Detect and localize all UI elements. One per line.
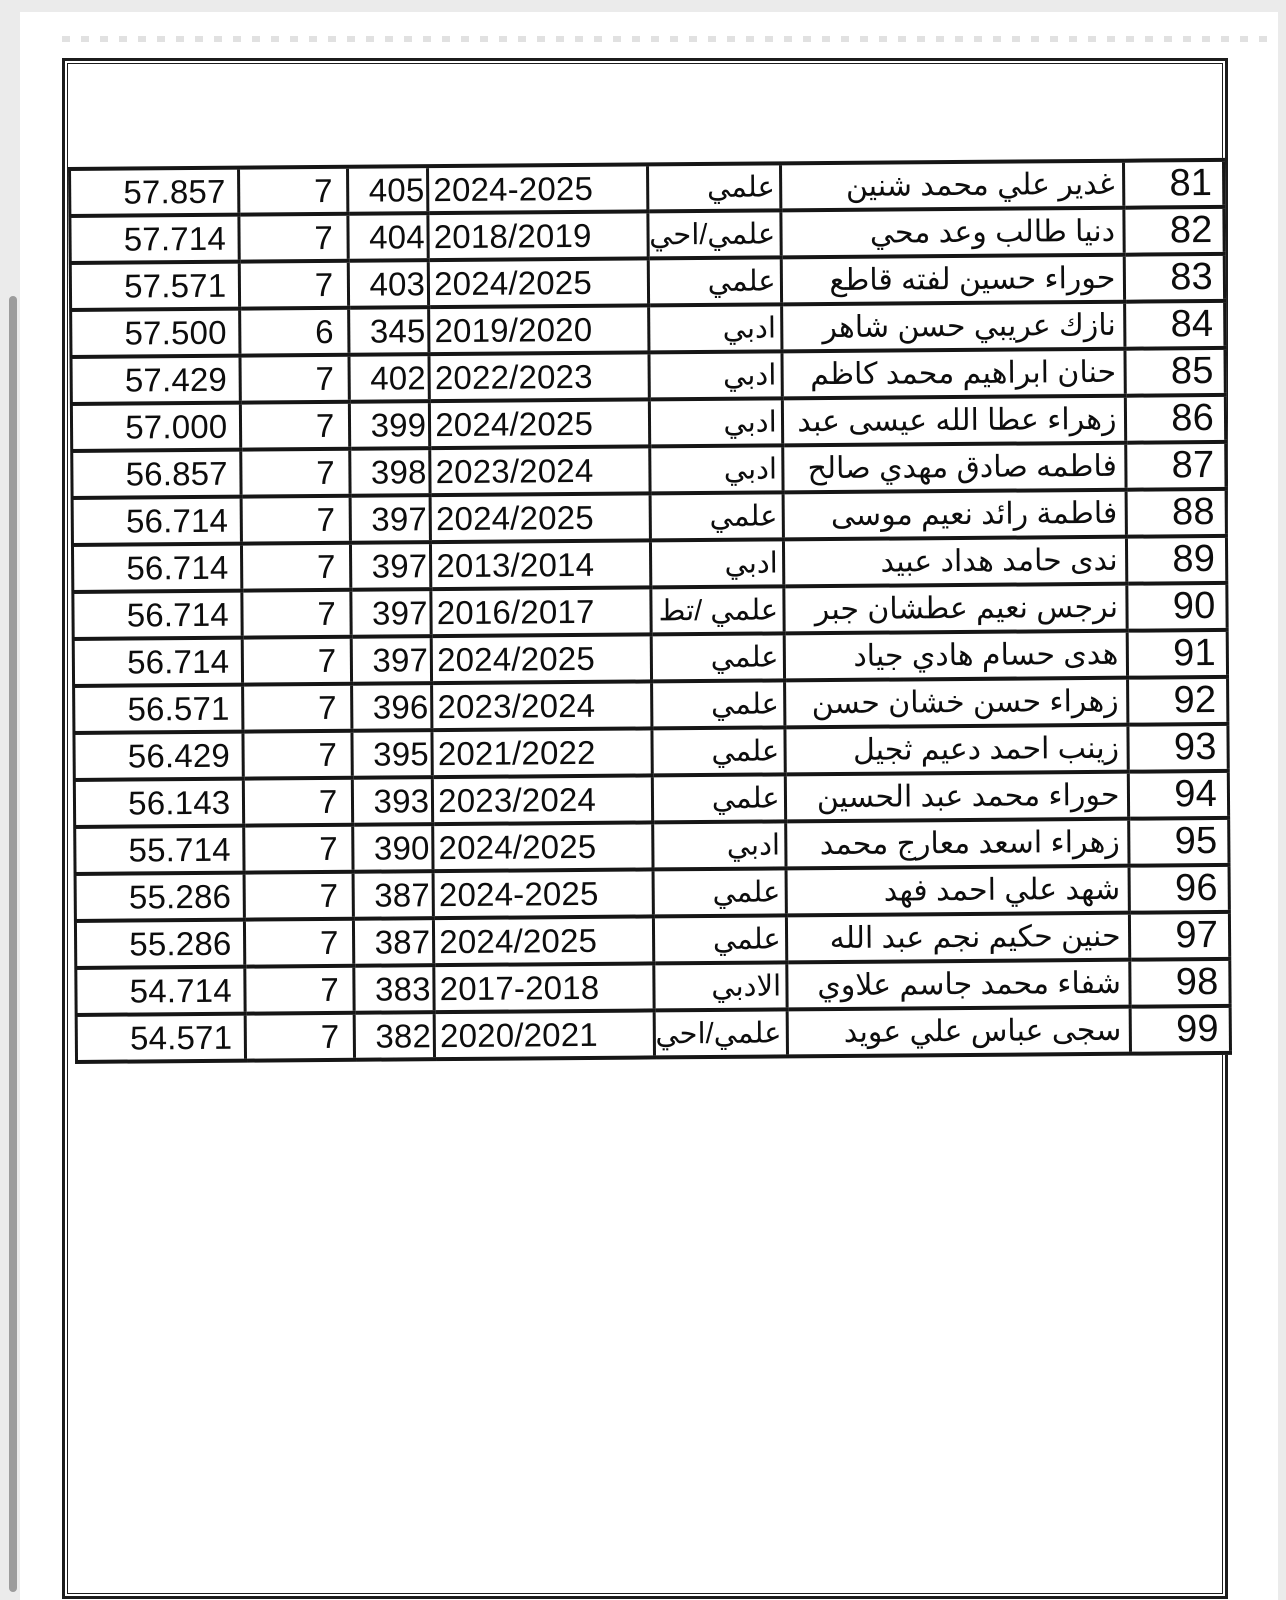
cell-subjects-count: 7 xyxy=(241,449,350,497)
page-border-frame: 57.857 7 405 2024-2025 علمي غدير علي محم… xyxy=(62,58,1228,1599)
cell-average: 54.714 xyxy=(76,967,246,1015)
cell-average: 57.500 xyxy=(71,309,241,357)
cell-academic-year: 2024-2025 xyxy=(428,164,648,213)
cell-student-name: حوراء حسين لفته قاطع xyxy=(781,255,1125,305)
cell-average: 56.857 xyxy=(72,450,242,498)
cell-average: 57.857 xyxy=(70,168,240,216)
cell-row-number: 95 xyxy=(1129,818,1229,866)
scrollbar-thumb[interactable] xyxy=(9,296,17,1592)
cell-study-track: ادبي xyxy=(648,304,781,352)
cell-student-name: فاطمة رائد نعيم موسى xyxy=(783,490,1127,540)
cell-total-score: 396 xyxy=(352,683,432,731)
results-table: 57.857 7 405 2024-2025 علمي غدير علي محم… xyxy=(68,158,1232,1064)
cell-row-number: 88 xyxy=(1127,489,1227,537)
cell-academic-year: 2020/2021 xyxy=(434,1010,654,1059)
cell-student-name: حنين حكيم نجم عبد الله xyxy=(786,913,1130,963)
cell-subjects-count: 7 xyxy=(243,637,352,685)
cell-average: 56.571 xyxy=(74,685,244,733)
cell-subjects-count: 6 xyxy=(240,308,349,356)
cell-academic-year: 2024/2025 xyxy=(430,399,650,448)
cell-subjects-count: 7 xyxy=(241,402,350,450)
cell-student-name: زهراء اسعد معارج محمد xyxy=(785,819,1129,869)
cell-study-track: علمي xyxy=(653,915,786,963)
cell-student-name: زهراء عطا الله عيسى عبد xyxy=(782,396,1126,446)
cell-total-score: 387 xyxy=(354,918,434,966)
cell-total-score: 382 xyxy=(355,1012,435,1060)
cell-row-number: 83 xyxy=(1125,254,1225,302)
cell-student-name: حوراء محمد عبد الحسين xyxy=(785,772,1129,822)
cell-subjects-count: 7 xyxy=(246,1013,355,1061)
scanned-page-view: 57.857 7 405 2024-2025 علمي غدير علي محم… xyxy=(0,0,1286,1600)
cell-subjects-count: 7 xyxy=(243,684,352,732)
cell-academic-year: 2024/2025 xyxy=(428,258,648,307)
cell-study-track: علمي xyxy=(648,257,781,305)
cell-subjects-count: 7 xyxy=(242,543,351,591)
cell-subjects-count: 7 xyxy=(245,919,354,967)
cell-academic-year: 2022/2023 xyxy=(429,352,649,401)
cell-subjects-count: 7 xyxy=(245,966,354,1014)
cell-academic-year: 2024/2025 xyxy=(430,493,650,542)
results-table-body: 57.857 7 405 2024-2025 علمي غدير علي محم… xyxy=(70,160,1231,1062)
cell-total-score: 387 xyxy=(354,871,434,919)
cell-row-number: 82 xyxy=(1124,207,1224,255)
cell-study-track: علمي xyxy=(650,492,783,540)
cell-academic-year: 2013/2014 xyxy=(431,540,651,589)
cell-average: 56.429 xyxy=(74,732,244,780)
cell-study-track: علمي/احي xyxy=(647,210,780,258)
cell-student-name: دنيا طالب وعد محي xyxy=(781,208,1125,258)
cell-total-score: 397 xyxy=(352,636,432,684)
cell-study-track: علمي xyxy=(651,633,784,681)
cell-academic-year: 2024-2025 xyxy=(433,869,653,918)
cell-row-number: 98 xyxy=(1130,959,1230,1007)
cell-academic-year: 2016/2017 xyxy=(431,587,651,636)
cell-row-number: 87 xyxy=(1126,442,1226,490)
cell-average: 57.429 xyxy=(71,356,241,404)
cell-student-name: غدير علي محمد شنين xyxy=(780,161,1124,211)
cell-academic-year: 2023/2024 xyxy=(430,446,650,495)
cell-average: 56.714 xyxy=(72,497,242,545)
cell-student-name: سجى عباس علي عويد xyxy=(787,1007,1131,1057)
cell-subjects-count: 7 xyxy=(241,496,350,544)
cell-student-name: ندى حامد هداد عبيد xyxy=(783,537,1127,587)
cell-academic-year: 2023/2024 xyxy=(433,775,653,824)
cell-subjects-count: 7 xyxy=(240,261,349,309)
cell-subjects-count: 7 xyxy=(239,167,348,215)
cell-academic-year: 2023/2024 xyxy=(432,681,652,730)
cell-total-score: 398 xyxy=(350,448,430,496)
cell-student-name: نازك عريبي حسن شاهر xyxy=(781,302,1125,352)
cell-study-track: علمي xyxy=(652,774,785,822)
scanned-paper: 57.857 7 405 2024-2025 علمي غدير علي محم… xyxy=(20,12,1278,1600)
cell-study-track: ادبي xyxy=(649,445,782,493)
cell-total-score: 402 xyxy=(349,354,429,402)
cell-student-name: زينب احمد دعيم ثجيل xyxy=(785,725,1129,775)
cell-study-track: علمي xyxy=(652,727,785,775)
cell-row-number: 94 xyxy=(1129,771,1229,819)
cell-study-track: علمي /تط xyxy=(650,586,783,634)
cell-total-score: 397 xyxy=(351,542,431,590)
cell-average: 54.571 xyxy=(76,1014,246,1062)
cell-study-track: ادبي xyxy=(649,398,782,446)
cell-subjects-count: 7 xyxy=(240,355,349,403)
cell-total-score: 393 xyxy=(353,777,433,825)
cell-subjects-count: 7 xyxy=(239,214,348,262)
cell-study-track: ادبي xyxy=(650,539,783,587)
cell-average: 55.286 xyxy=(75,873,245,921)
cell-average: 56.143 xyxy=(74,779,244,827)
cell-row-number: 91 xyxy=(1128,630,1228,678)
cell-academic-year: 2024/2025 xyxy=(431,634,651,683)
cell-total-score: 399 xyxy=(350,401,430,449)
cell-subjects-count: 7 xyxy=(244,872,353,920)
cell-row-number: 99 xyxy=(1131,1006,1231,1054)
cell-subjects-count: 7 xyxy=(243,731,352,779)
cell-student-name: فاطمه صادق مهدي صالح xyxy=(782,443,1126,493)
cell-academic-year: 2024/2025 xyxy=(434,916,654,965)
cell-total-score: 397 xyxy=(351,495,431,543)
cell-total-score: 345 xyxy=(349,307,429,355)
cell-academic-year: 2021/2022 xyxy=(432,728,652,777)
cell-study-track: علمي xyxy=(647,163,780,211)
cell-average: 55.286 xyxy=(75,920,245,968)
cell-row-number: 97 xyxy=(1130,912,1230,960)
cell-row-number: 84 xyxy=(1125,301,1225,349)
cell-row-number: 93 xyxy=(1128,724,1228,772)
cell-total-score: 405 xyxy=(348,166,428,214)
cell-study-track: علمي xyxy=(653,868,786,916)
cell-total-score: 383 xyxy=(354,965,434,1013)
cell-student-name: حنان ابراهيم محمد كاظم xyxy=(782,349,1126,399)
cell-average: 57.714 xyxy=(70,215,240,263)
cell-study-track: ادبي xyxy=(652,821,785,869)
cell-study-track: علمي xyxy=(651,680,784,728)
cell-student-name: نرجس نعيم عطشان جبر xyxy=(783,584,1127,634)
cell-student-name: زهراء حسن خشان حسن xyxy=(784,678,1128,728)
cell-row-number: 96 xyxy=(1130,865,1230,913)
cell-average: 55.714 xyxy=(75,826,245,874)
cell-average: 56.714 xyxy=(73,591,243,639)
cell-study-track: ادبي xyxy=(649,351,782,399)
perforation-strip xyxy=(62,36,1278,42)
cell-academic-year: 2019/2020 xyxy=(429,305,649,354)
cell-average: 57.000 xyxy=(71,403,241,451)
cell-average: 56.714 xyxy=(72,544,242,592)
cell-total-score: 395 xyxy=(352,730,432,778)
cell-total-score: 390 xyxy=(353,824,433,872)
cell-row-number: 85 xyxy=(1125,348,1225,396)
results-table-wrap: 57.857 7 405 2024-2025 علمي غدير علي محم… xyxy=(68,158,1232,1064)
cell-subjects-count: 7 xyxy=(244,778,353,826)
cell-average: 57.571 xyxy=(70,262,240,310)
cell-academic-year: 2024/2025 xyxy=(433,822,653,871)
cell-average: 56.714 xyxy=(73,638,243,686)
cell-row-number: 81 xyxy=(1124,160,1224,208)
cell-academic-year: 2018/2019 xyxy=(428,211,648,260)
table-row: 54.571 7 382 2020/2021 علمي/احي سجى عباس… xyxy=(76,1006,1230,1062)
cell-row-number: 90 xyxy=(1127,583,1227,631)
cell-subjects-count: 7 xyxy=(242,590,351,638)
cell-study-track: الادبي xyxy=(653,962,786,1010)
cell-academic-year: 2017-2018 xyxy=(434,963,654,1012)
cell-student-name: شفاء محمد جاسم علاوي xyxy=(786,960,1130,1010)
cell-row-number: 86 xyxy=(1126,395,1226,443)
cell-total-score: 404 xyxy=(348,213,428,261)
cell-total-score: 397 xyxy=(351,589,431,637)
cell-student-name: هدى حسام هادي جياد xyxy=(784,631,1128,681)
cell-subjects-count: 7 xyxy=(244,825,353,873)
cell-student-name: شهد علي احمد فهد xyxy=(786,866,1130,916)
cell-row-number: 92 xyxy=(1128,677,1228,725)
cell-total-score: 403 xyxy=(349,260,429,308)
cell-row-number: 89 xyxy=(1127,536,1227,584)
cell-study-track: علمي/احي xyxy=(654,1009,787,1057)
